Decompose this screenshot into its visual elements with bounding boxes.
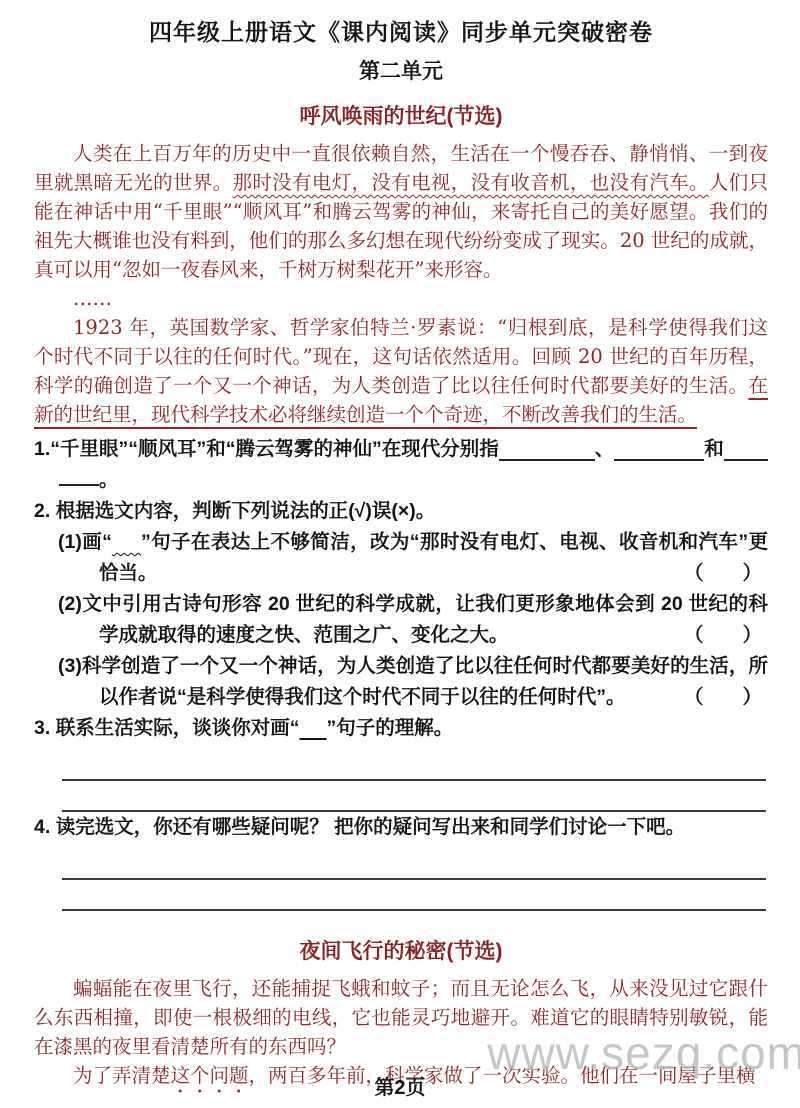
question-3: 3. 联系生活实际，谈谈你对画“”句子的理解。 <box>34 713 768 744</box>
answer-blank-1[interactable] <box>499 437 595 461</box>
answer-blank-2[interactable] <box>614 437 704 461</box>
question-2: 2. 根据选文内容，判断下列说法的正(√)误(×)。 <box>34 496 768 527</box>
worksheet-page: 四年级上册语文《课内阅读》同步单元突破密卷 第二单元 呼风唤雨的世纪(节选) 人… <box>0 0 800 1108</box>
question-1-number: 1. <box>34 434 50 465</box>
question-1-separator: 、 <box>595 434 615 465</box>
answer-line[interactable] <box>62 880 766 911</box>
item-2-text: 文中引用古诗句形容 20 世纪的科学成就，让我们更形象地体会到 20 世纪的科学… <box>82 593 768 646</box>
question-2-item-2: (2)文中引用古诗句形容 20 世纪的科学成就，让我们更形象地体会到 20 世纪… <box>58 589 768 651</box>
item-1-text-pre: 画“ <box>82 531 112 553</box>
question-1-conjunction: 和 <box>704 434 724 465</box>
question-2-number: 2. <box>34 500 50 522</box>
question-1-continuation: 。 <box>34 465 768 496</box>
item-1-number: (1) <box>58 531 82 553</box>
item-1-text-post: ”句子在表达上不够简洁，改为“那时没有电灯、电视、收音机和汽车”更恰当。 <box>99 531 768 584</box>
passage2-heading: 夜间飞行的秘密(节选) <box>34 935 768 965</box>
wavy-underlined-sentence: 那时没有电灯，没有电视，没有收音机，也没有汽车。 <box>232 171 708 194</box>
page-number: 第2页 <box>0 1071 800 1100</box>
passage1-p2-pre: 1923 年，英国数学家、哲学家伯特兰·罗素说：“归根到底，是科学使得我们这个时… <box>34 316 768 397</box>
passage1-paragraph-1: 人类在上百万年的历史中一直很依赖自然，生活在一个慢吞吞、静悄悄、一到夜里就黑暗无… <box>34 139 768 284</box>
question-2-stem: 根据选文内容，判断下列说法的正(√)误(×)。 <box>56 500 436 522</box>
question-4-text: 读完选文，你还有哪些疑问呢？ 把你的疑问写出来和同学们讨论一下吧。 <box>56 816 685 838</box>
answer-parentheses-2[interactable]: （ ） <box>684 620 762 651</box>
question-4: 4. 读完选文，你还有哪些疑问呢？ 把你的疑问写出来和同学们讨论一下吧。 <box>34 812 768 843</box>
answer-parentheses-1[interactable]: （ ） <box>684 558 762 589</box>
straight-line-mark <box>299 717 326 739</box>
question-1-period: 。 <box>99 469 119 491</box>
question-1-text: “千里眼”“顺风耳”和“腾云驾雾的神仙”在现代分别指 <box>50 434 499 465</box>
passage2-paragraph-1: 蝙蝠能在夜里飞行，还能捕捉飞蛾和蚊子；而且无论怎么飞，从来没见过它跟什么东西相撞… <box>34 974 768 1061</box>
question-2-item-3: (3)科学创造了一个又一个神话，为人类创造了比以往任何时代都要美好的生活，所以作… <box>58 651 768 713</box>
ellipsis-row: …… <box>34 284 768 313</box>
item-2-number: (2) <box>58 593 82 615</box>
passage1-heading: 呼风唤雨的世纪(节选) <box>34 100 768 130</box>
answer-parentheses-3[interactable]: （ ） <box>684 682 762 713</box>
questions-block: 1.“千里眼”“顺风耳”和“腾云驾雾的神仙”在现代分别指、和 。 2. 根据选文… <box>34 434 768 911</box>
item-3-number: (3) <box>58 655 82 677</box>
passage1-paragraph-2: 1923 年，英国数学家、哲学家伯特兰·罗素说：“归根到底，是科学使得我们这个时… <box>34 313 768 429</box>
question-3-text-post: ”句子的理解。 <box>327 717 454 739</box>
answer-line[interactable] <box>62 849 766 880</box>
wavy-line-mark <box>112 531 141 553</box>
question-4-number: 4. <box>34 816 50 838</box>
answer-line[interactable] <box>62 750 766 781</box>
question-2-item-1: (1)画“”句子在表达上不够简洁，改为“那时没有电灯、电视、收音机和汽车”更恰当… <box>58 527 768 589</box>
answer-blank-3[interactable] <box>724 437 768 461</box>
unit-title: 第二单元 <box>34 55 768 85</box>
question-3-text-pre: 联系生活实际，谈谈你对画“ <box>56 717 300 739</box>
page-title: 四年级上册语文《课内阅读》同步单元突破密卷 <box>34 14 768 47</box>
question-1: 1.“千里眼”“顺风耳”和“腾云驾雾的神仙”在现代分别指、和 <box>34 434 768 465</box>
answer-blank-4[interactable] <box>59 467 99 487</box>
question-3-number: 3. <box>34 717 50 739</box>
item-3-text: 科学创造了一个又一个神话，为人类创造了比以往任何时代都要美好的生活，所以作者说“… <box>82 655 768 708</box>
answer-line[interactable] <box>62 781 766 812</box>
